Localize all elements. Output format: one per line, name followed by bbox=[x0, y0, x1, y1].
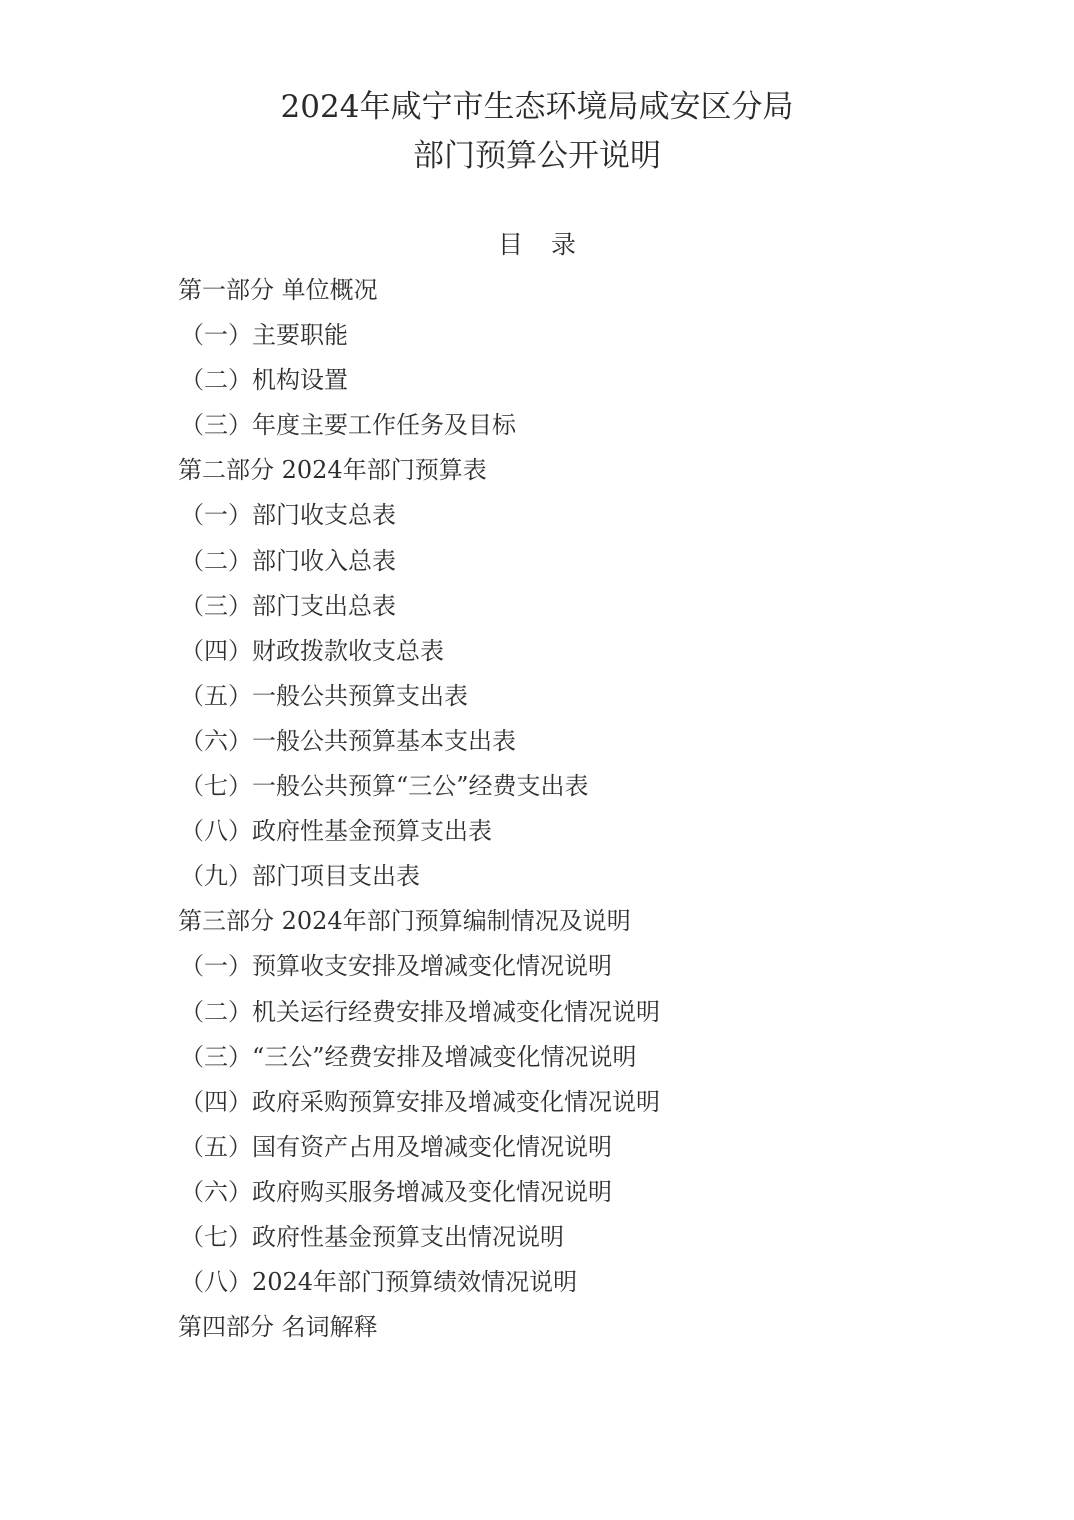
toc-entry: （八）2024年部门预算绩效情况说明 bbox=[178, 1262, 978, 1307]
toc-heading-char-2: 录 bbox=[551, 230, 576, 259]
toc-entry: （八）政府性基金预算支出表 bbox=[178, 811, 978, 856]
toc-entry: （四）政府采购预算安排及增减变化情况说明 bbox=[178, 1082, 978, 1127]
toc-heading: 目录 bbox=[0, 228, 1074, 262]
toc-entry: （六）政府购买服务增减及变化情况说明 bbox=[178, 1172, 978, 1217]
toc-entry: （二）部门收入总表 bbox=[178, 541, 978, 586]
toc-part-4: 第四部分 名词解释 bbox=[178, 1307, 978, 1352]
toc-entry: （一）预算收支安排及增减变化情况说明 bbox=[178, 946, 978, 991]
toc-entry: （二）机构设置 bbox=[178, 360, 978, 405]
toc-heading-char-1: 目 bbox=[498, 230, 523, 259]
toc-entry: （一）主要职能 bbox=[178, 315, 978, 360]
toc-entry: （三）“三公”经费安排及增减变化情况说明 bbox=[178, 1037, 978, 1082]
table-of-contents: 第一部分 单位概况 （一）主要职能 （二）机构设置 （三）年度主要工作任务及目标… bbox=[178, 270, 978, 1352]
toc-entry: （九）部门项目支出表 bbox=[178, 856, 978, 901]
toc-entry: （三）年度主要工作任务及目标 bbox=[178, 405, 978, 450]
toc-entry: （五）国有资产占用及增减变化情况说明 bbox=[178, 1127, 978, 1172]
toc-entry: （二）机关运行经费安排及增减变化情况说明 bbox=[178, 992, 978, 1037]
toc-part-1: 第一部分 单位概况 bbox=[178, 270, 978, 315]
toc-entry: （四）财政拨款收支总表 bbox=[178, 631, 978, 676]
toc-part-3: 第三部分 2024年部门预算编制情况及说明 bbox=[178, 901, 978, 946]
toc-entry: （七）一般公共预算“三公”经费支出表 bbox=[178, 766, 978, 811]
toc-part-2: 第二部分 2024年部门预算表 bbox=[178, 450, 978, 495]
document-title-line2: 部门预算公开说明 bbox=[0, 136, 1074, 176]
document-title-line1: 2024年咸宁市生态环境局咸安区分局 bbox=[0, 87, 1074, 127]
toc-entry: （一）部门收支总表 bbox=[178, 495, 978, 540]
document-page: 2024年咸宁市生态环境局咸安区分局 部门预算公开说明 目录 第一部分 单位概况… bbox=[0, 0, 1074, 1520]
toc-entry: （三）部门支出总表 bbox=[178, 586, 978, 631]
toc-entry: （五）一般公共预算支出表 bbox=[178, 676, 978, 721]
toc-entry: （六）一般公共预算基本支出表 bbox=[178, 721, 978, 766]
toc-entry: （七）政府性基金预算支出情况说明 bbox=[178, 1217, 978, 1262]
